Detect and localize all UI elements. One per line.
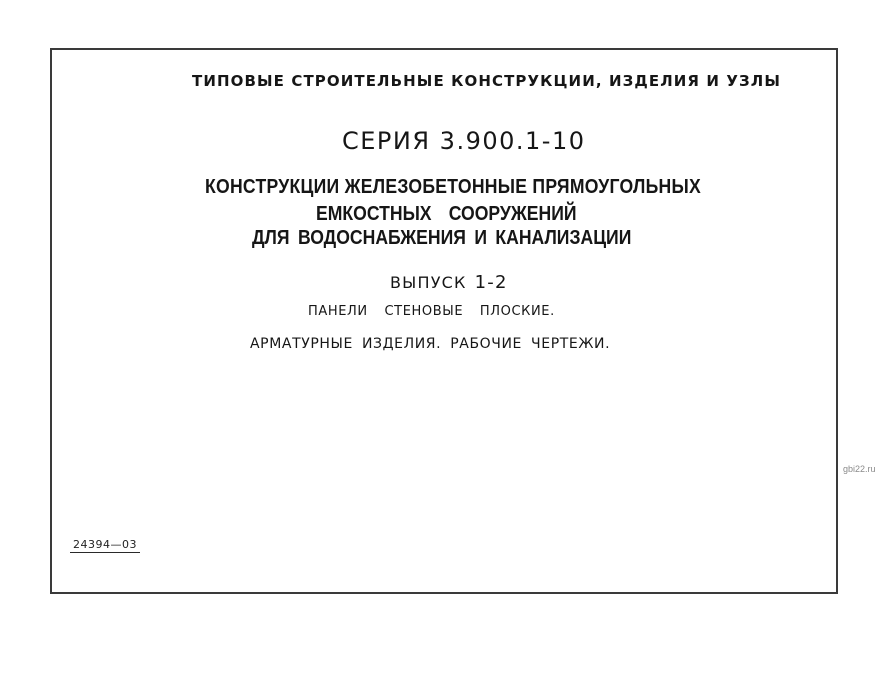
- watermark: gbi22.ru: [843, 464, 876, 474]
- document-title-line-1: КОНСТРУКЦИИ ЖЕЛЕЗОБЕТОННЫЕ ПРЯМОУГОЛЬНЫХ: [205, 176, 701, 199]
- issue-label: ВЫПУСК: [390, 273, 467, 292]
- document-title-line-3: ДЛЯ ВОДОСНАБЖЕНИЯ И КАНАЛИЗАЦИИ: [252, 227, 631, 250]
- series-label: СЕРИЯ: [342, 127, 431, 155]
- subtitle-line-2: АРМАТУРНЫЕ ИЗДЕЛИЯ. РАБОЧИЕ ЧЕРТЕЖИ.: [250, 336, 610, 352]
- document-number: 24394—03: [70, 538, 140, 553]
- series-title: СЕРИЯ 3.900.1-10: [342, 127, 585, 155]
- issue-number: 1-2: [475, 272, 508, 293]
- series-number: 3.900.1-10: [440, 127, 586, 155]
- series-header: ТИПОВЫЕ СТРОИТЕЛЬНЫЕ КОНСТРУКЦИИ, ИЗДЕЛИ…: [192, 72, 781, 90]
- subtitle-line-1: ПАНЕЛИ СТЕНОВЫЕ ПЛОСКИЕ.: [308, 304, 555, 319]
- issue-heading: ВЫПУСК1-2: [390, 272, 508, 293]
- document-title-line-2: ЕМКОСТНЫХ СООРУЖЕНИЙ: [316, 203, 577, 226]
